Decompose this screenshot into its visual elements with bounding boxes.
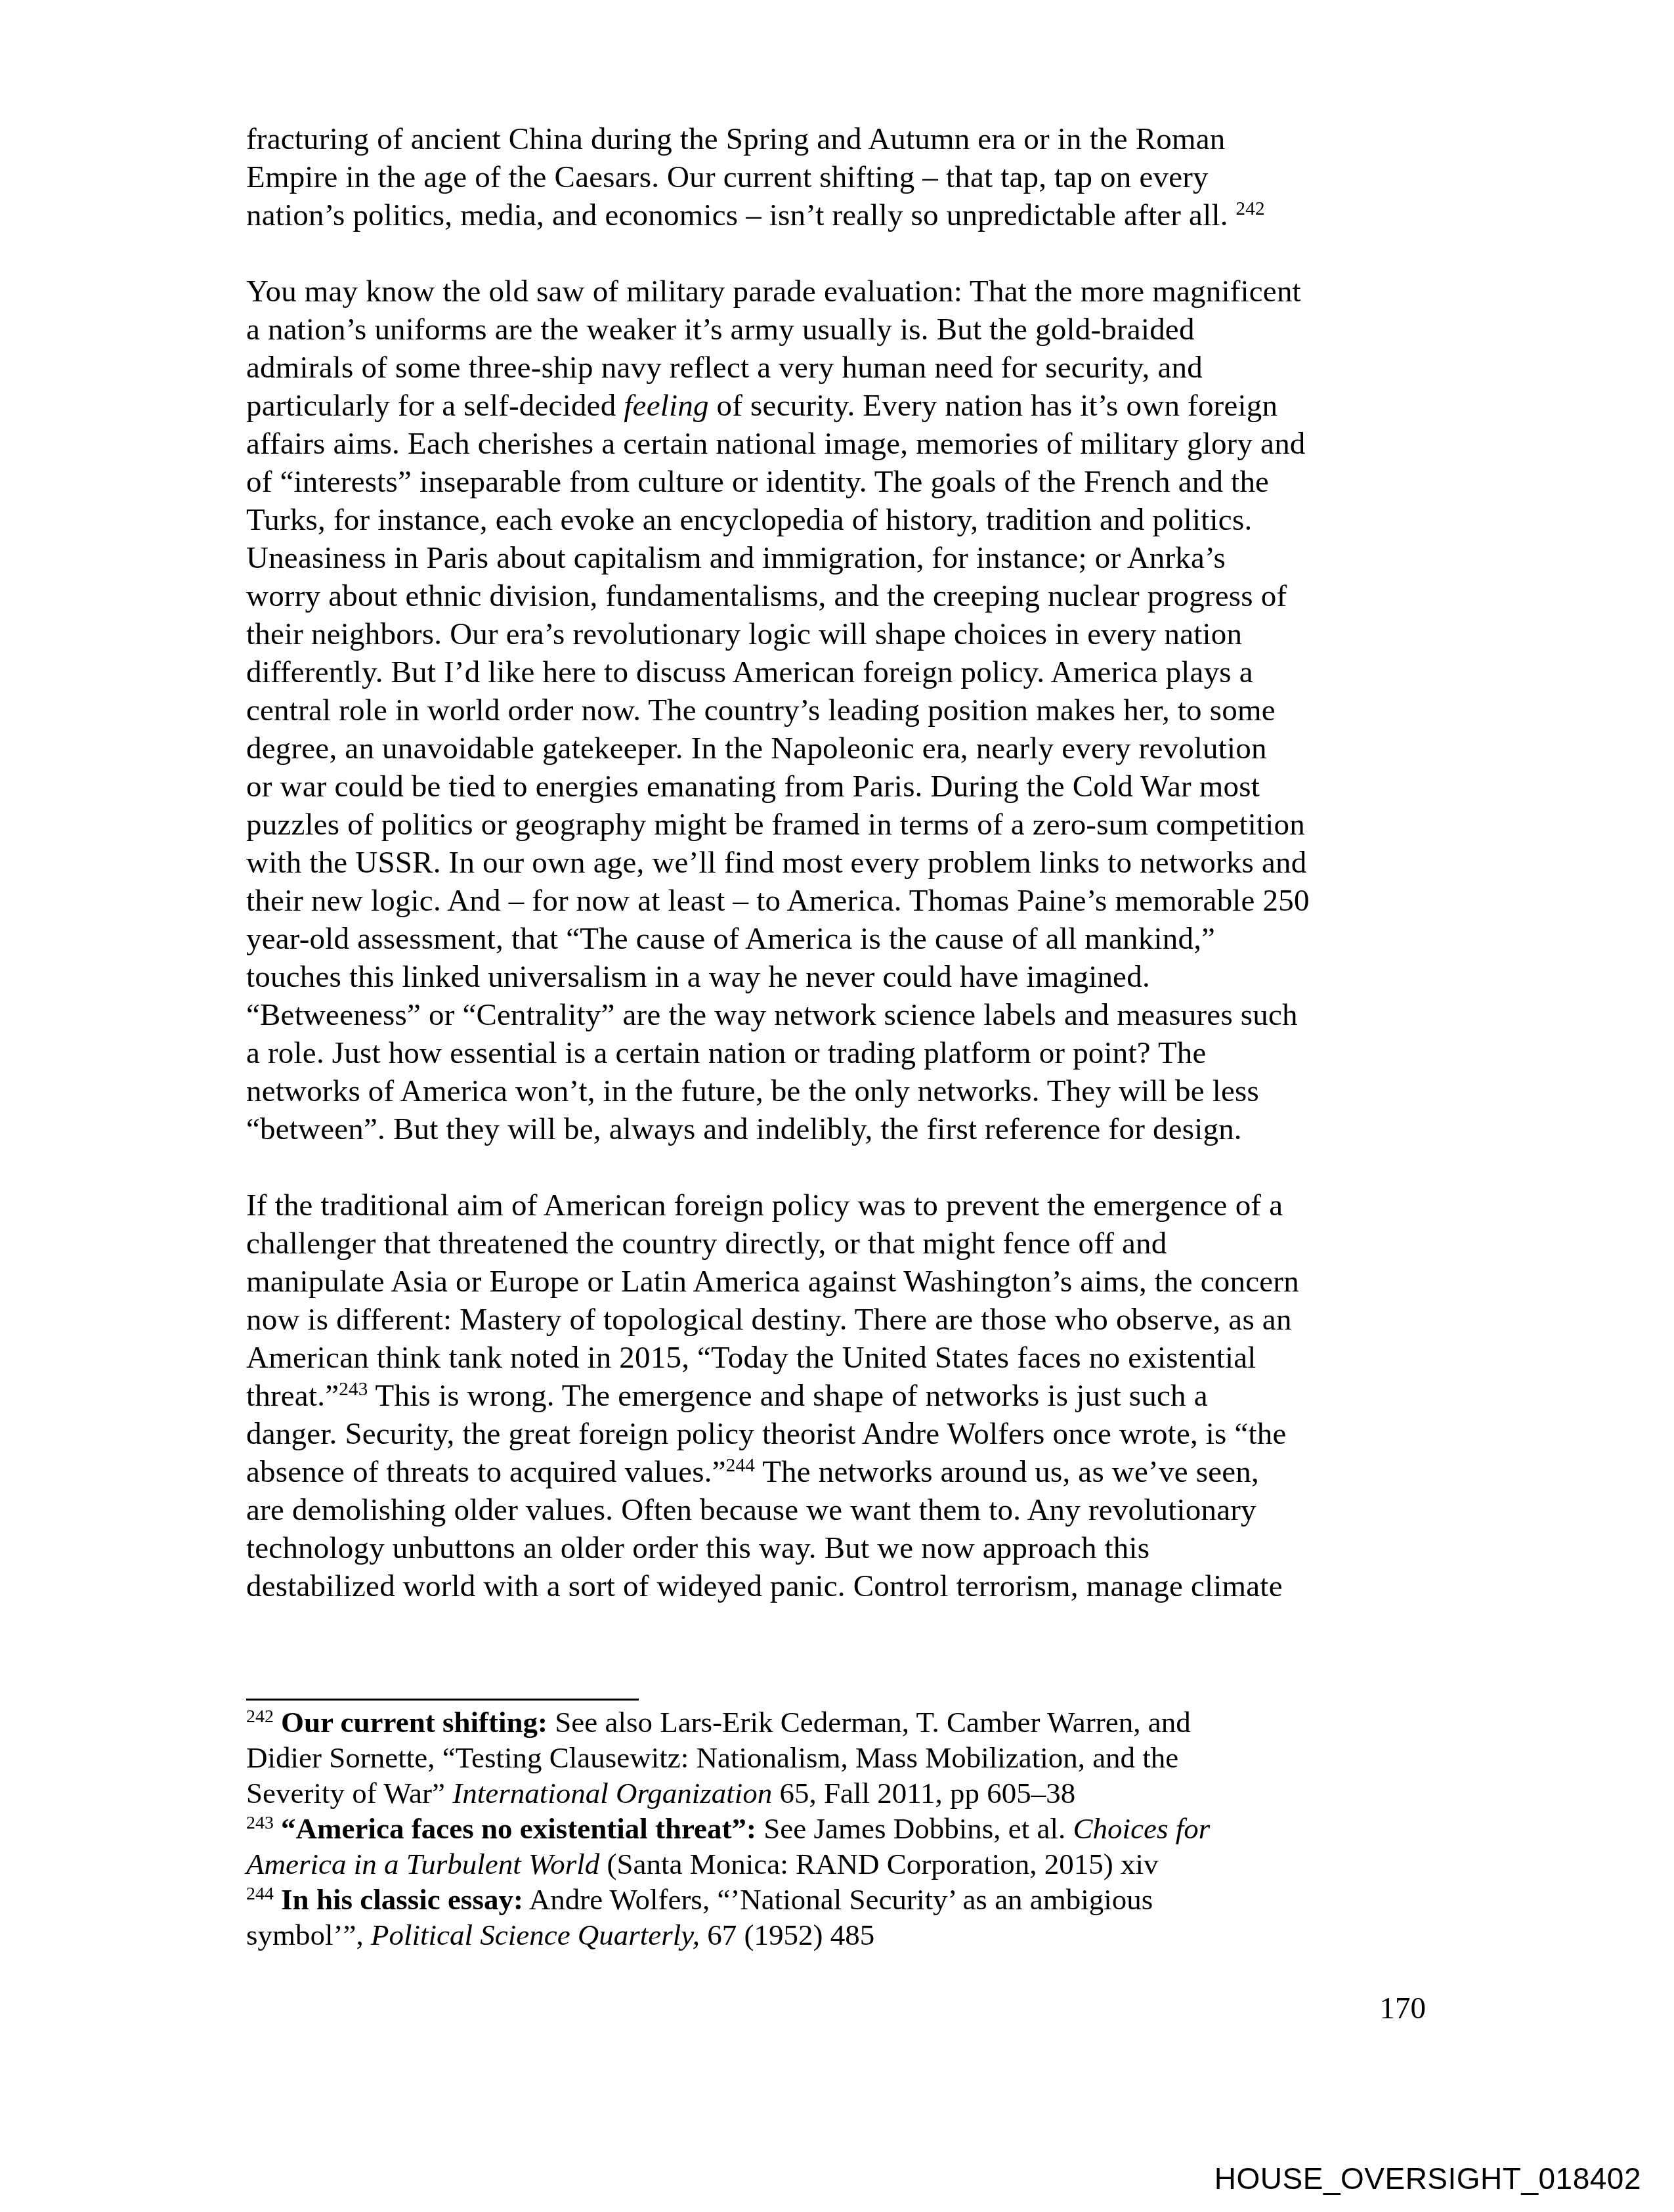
text-line: or war could be tied to energies emanati… — [246, 768, 1448, 806]
text-run: 67 (1952) 485 — [700, 1919, 874, 1951]
footnote-243: 243 “America faces no existential threat… — [246, 1811, 1448, 1882]
text-run: Severity of War” — [246, 1777, 452, 1810]
text-run: American think tank noted in 2015, “Toda… — [246, 1341, 1256, 1375]
text-run: nation’s politics, media, and economics … — [246, 198, 1236, 232]
text-line: Didier Sornette, “Testing Clausewitz: Na… — [246, 1740, 1448, 1775]
body-paragraph: If the traditional aim of American forei… — [246, 1186, 1448, 1605]
text-line: 244 In his classic essay: Andre Wolfers,… — [246, 1882, 1448, 1917]
text-run: year-old assessment, that “The cause of … — [246, 922, 1215, 956]
body-text: fracturing of ancient China during the S… — [246, 120, 1448, 1605]
text-line: central role in world order now. The cou… — [246, 691, 1448, 729]
text-run: are demolishing older values. Often beca… — [246, 1493, 1256, 1527]
text-run: a role. Just how essential is a certain … — [246, 1036, 1207, 1070]
text-line: threat.”243 This is wrong. The emergence… — [246, 1377, 1448, 1415]
bates-stamp: HOUSE_OVERSIGHT_018402 — [1214, 2160, 1641, 2197]
text-line: American think tank noted in 2015, “Toda… — [246, 1339, 1448, 1377]
text-line: with the USSR. In our own age, we’ll fin… — [246, 844, 1448, 882]
text-run: touches this linked universalism in a wa… — [246, 960, 1150, 994]
footnote-reference: 244 — [726, 1455, 755, 1476]
text-run: manipulate Asia or Europe or Latin Ameri… — [246, 1265, 1299, 1299]
footnote-heading: In his classic essay: — [281, 1883, 523, 1916]
text-line: puzzles of politics or geography might b… — [246, 806, 1448, 844]
footnote-heading: Our current shifting: — [281, 1706, 547, 1739]
text-line: symbol’”, Political Science Quarterly, 6… — [246, 1917, 1448, 1953]
text-line: of “interests” inseparable from culture … — [246, 463, 1448, 501]
footnotes-section: 242 Our current shifting: See also Lars-… — [246, 1704, 1448, 1953]
italic-text: International Organization — [452, 1777, 772, 1810]
paragraph-gap — [246, 234, 1448, 272]
text-run: destabilized world with a sort of wideye… — [246, 1569, 1283, 1603]
text-run: technology unbuttons an older order this… — [246, 1531, 1149, 1565]
text-run: Uneasiness in Paris about capitalism and… — [246, 541, 1226, 575]
italic-text: Choices for — [1073, 1812, 1210, 1845]
text-run: symbol’”, — [246, 1919, 371, 1951]
text-run: Turks, for instance, each evoke an encyc… — [246, 503, 1252, 537]
text-run: admirals of some three-ship navy reflect… — [246, 351, 1203, 385]
text-line: 242 Our current shifting: See also Lars-… — [246, 1704, 1448, 1740]
text-line: their new logic. And – for now at least … — [246, 882, 1448, 920]
text-line: 243 “America faces no existential threat… — [246, 1811, 1448, 1846]
text-line: manipulate Asia or Europe or Latin Ameri… — [246, 1263, 1448, 1301]
footnote-reference: 244 — [246, 1884, 274, 1904]
italic-text: Political Science Quarterly, — [371, 1919, 700, 1951]
text-line: You may know the old saw of military par… — [246, 272, 1448, 311]
text-run: fracturing of ancient China during the S… — [246, 122, 1225, 156]
text-run: absence of threats to acquired values.” — [246, 1455, 726, 1489]
text-line: particularly for a self-decided feeling … — [246, 387, 1448, 425]
text-line: Empire in the age of the Caesars. Our cu… — [246, 158, 1448, 196]
text-run: See also Lars-Erik Cederman, T. Camber W… — [547, 1706, 1191, 1739]
text-line: worry about ethnic division, fundamental… — [246, 577, 1448, 615]
text-line: technology unbuttons an older order this… — [246, 1529, 1448, 1567]
text-run: a nation’s uniforms are the weaker it’s … — [246, 313, 1195, 347]
text-run: networks of America won’t, in the future… — [246, 1074, 1259, 1108]
text-line: now is different: Mastery of topological… — [246, 1301, 1448, 1339]
document-page: fracturing of ancient China during the S… — [0, 0, 1674, 2212]
text-run: their neighbors. Our era’s revolutionary… — [246, 617, 1242, 651]
text-line: America in a Turbulent World (Santa Moni… — [246, 1846, 1448, 1882]
footnote-244: 244 In his classic essay: Andre Wolfers,… — [246, 1882, 1448, 1953]
body-paragraph: You may know the old saw of military par… — [246, 272, 1448, 1148]
text-line: their neighbors. Our era’s revolutionary… — [246, 615, 1448, 653]
body-paragraph: fracturing of ancient China during the S… — [246, 120, 1448, 234]
text-line: Severity of War” International Organizat… — [246, 1775, 1448, 1811]
text-run — [274, 1883, 281, 1916]
text-run: You may know the old saw of military par… — [246, 274, 1301, 309]
text-line: year-old assessment, that “The cause of … — [246, 920, 1448, 958]
text-run: This is wrong. The emergence and shape o… — [368, 1379, 1208, 1413]
footnote-heading: “America faces no existential threat”: — [281, 1812, 756, 1845]
footnote-reference: 243 — [246, 1813, 274, 1833]
text-line: Turks, for instance, each evoke an encyc… — [246, 501, 1448, 539]
text-run: The networks around us, as we’ve seen, — [755, 1455, 1259, 1489]
text-line: touches this linked universalism in a wa… — [246, 958, 1448, 996]
text-run: with the USSR. In our own age, we’ll fin… — [246, 846, 1306, 880]
text-run: puzzles of politics or geography might b… — [246, 808, 1305, 842]
text-run: 65, Fall 2011, pp 605–38 — [772, 1777, 1075, 1810]
text-run: “Betweeness” or “Centrality” are the way… — [246, 998, 1298, 1032]
text-run: their new logic. And – for now at least … — [246, 884, 1310, 918]
text-run: Didier Sornette, “Testing Clausewitz: Na… — [246, 1741, 1178, 1774]
text-line: challenger that threatened the country d… — [246, 1225, 1448, 1263]
text-line: a nation’s uniforms are the weaker it’s … — [246, 311, 1448, 349]
text-run: challenger that threatened the country d… — [246, 1226, 1167, 1261]
footnote-242: 242 Our current shifting: See also Lars-… — [246, 1704, 1448, 1811]
text-run — [274, 1812, 281, 1845]
text-line: networks of America won’t, in the future… — [246, 1072, 1448, 1110]
paragraph-gap — [246, 1148, 1448, 1186]
footnote-reference: 242 — [1236, 198, 1265, 219]
text-line: are demolishing older values. Often beca… — [246, 1491, 1448, 1529]
text-run: (Santa Monica: RAND Corporation, 2015) x… — [599, 1848, 1158, 1880]
text-line: “between”. But they will be, always and … — [246, 1110, 1448, 1148]
text-run: particularly for a self-decided — [246, 389, 624, 423]
text-line: absence of threats to acquired values.”2… — [246, 1453, 1448, 1491]
text-run: danger. Security, the great foreign poli… — [246, 1417, 1287, 1451]
text-line: differently. But I’d like here to discus… — [246, 653, 1448, 691]
text-line: fracturing of ancient China during the S… — [246, 120, 1448, 158]
text-run: affairs aims. Each cherishes a certain n… — [246, 427, 1306, 461]
text-line: affairs aims. Each cherishes a certain n… — [246, 425, 1448, 463]
text-line: nation’s politics, media, and economics … — [246, 196, 1448, 234]
text-run: central role in world order now. The cou… — [246, 693, 1276, 727]
text-line: degree, an unavoidable gatekeeper. In th… — [246, 729, 1448, 768]
text-run: See James Dobbins, et al. — [756, 1812, 1073, 1845]
text-line: a role. Just how essential is a certain … — [246, 1034, 1448, 1072]
text-run: degree, an unavoidable gatekeeper. In th… — [246, 731, 1267, 766]
text-run: of “interests” inseparable from culture … — [246, 465, 1269, 499]
text-run — [274, 1706, 281, 1739]
text-run: Andre Wolfers, “’National Security’ as a… — [523, 1883, 1153, 1916]
footnote-reference: 243 — [339, 1379, 368, 1400]
text-run: Empire in the age of the Caesars. Our cu… — [246, 160, 1209, 194]
text-run: or war could be tied to energies emanati… — [246, 770, 1260, 804]
text-line: Uneasiness in Paris about capitalism and… — [246, 539, 1448, 577]
text-run: of security. Every nation has it’s own f… — [709, 389, 1278, 423]
text-line: destabilized world with a sort of wideye… — [246, 1567, 1448, 1605]
text-line: admirals of some three-ship navy reflect… — [246, 349, 1448, 387]
text-run: differently. But I’d like here to discus… — [246, 655, 1253, 689]
italic-text: America in a Turbulent World — [246, 1848, 599, 1880]
text-line: danger. Security, the great foreign poli… — [246, 1415, 1448, 1453]
text-run: “between”. But they will be, always and … — [246, 1112, 1242, 1146]
footnote-reference: 242 — [246, 1706, 274, 1727]
text-run: now is different: Mastery of topological… — [246, 1303, 1292, 1337]
text-line: If the traditional aim of American forei… — [246, 1186, 1448, 1225]
text-run: worry about ethnic division, fundamental… — [246, 579, 1287, 613]
text-run: threat.” — [246, 1379, 339, 1413]
text-run: If the traditional aim of American forei… — [246, 1188, 1283, 1223]
italic-text: feeling — [624, 389, 708, 423]
page-number: 170 — [1380, 1989, 1427, 2028]
text-line: “Betweeness” or “Centrality” are the way… — [246, 996, 1448, 1034]
footnote-separator-rule — [246, 1699, 639, 1701]
